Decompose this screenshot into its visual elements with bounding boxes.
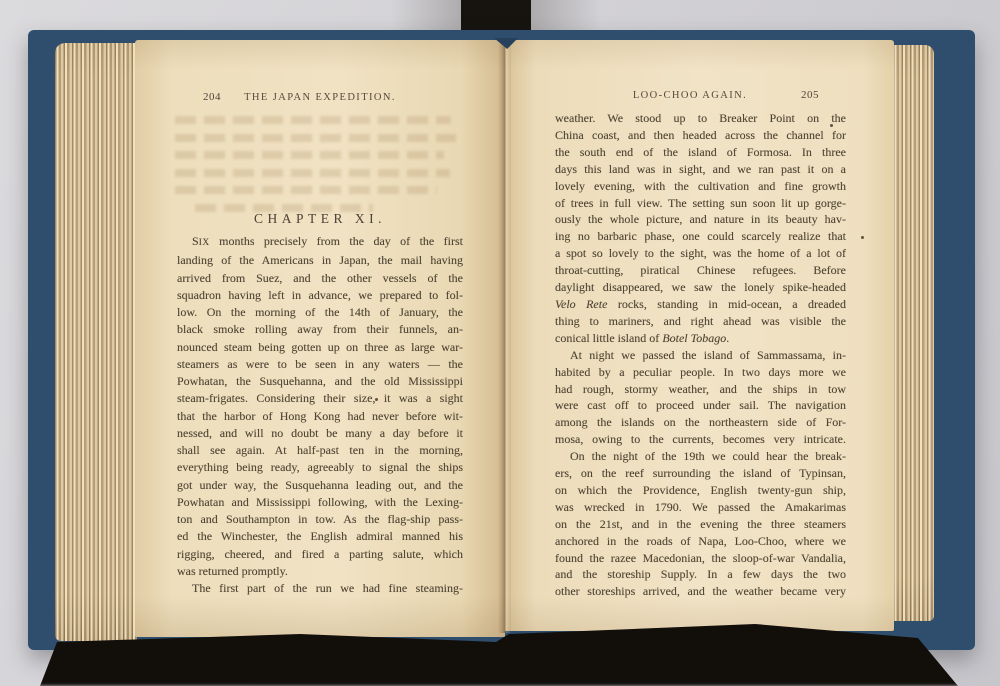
running-head-right: LOO-CHOO AGAIN. <box>555 90 825 101</box>
text-line: On the night of the 19th we could hear t… <box>555 448 846 465</box>
text-line: ously the whole picture, and nature in i… <box>555 211 846 228</box>
text-line: anchored in the roads of Napa, Loo-Choo,… <box>555 533 846 550</box>
text-line: ing no barbaric phase, one could scarcel… <box>555 228 846 245</box>
text-line: shall see again. At half-past ten in the… <box>177 442 463 459</box>
text-line: At night we passed the island of Sammass… <box>555 347 846 364</box>
text-line: The first part of the run we had fine st… <box>177 580 463 597</box>
page-edges-left <box>55 43 137 641</box>
left-page: 204 THE JAPAN EXPEDITION. CHAPTER XI. SI… <box>135 40 505 637</box>
show-through-ghost-text <box>175 116 461 221</box>
book-photograph: 204 THE JAPAN EXPEDITION. CHAPTER XI. SI… <box>0 0 1000 686</box>
chapter-heading: CHAPTER XI. <box>177 211 463 227</box>
text-line: throat-cutting, piratical Chinese refuge… <box>555 262 846 279</box>
text-line: thing to mariners, and right ahead was v… <box>555 313 846 330</box>
text-line: that the harbor of Hong Kong had never b… <box>177 408 463 425</box>
text-line: were cast off to proceed under sail. The… <box>555 397 846 414</box>
text-line: on the 21st, and in the evening the thre… <box>555 516 846 533</box>
text-line: daylight disappeared, we saw the lonely … <box>555 279 846 296</box>
text-line: ed the Winchester, the English admiral m… <box>177 528 463 545</box>
text-line: habited by a peculiar people. In two day… <box>555 364 846 381</box>
text-line: low. On the morning of the 14th of Janua… <box>177 304 463 321</box>
text-line: was returned promptly. <box>177 563 463 580</box>
text-line: Powhatan and Mississippi following, with… <box>177 494 463 511</box>
text-line: black smoke rolling away from their funn… <box>177 321 463 338</box>
text-line: lovely evening, with the cultivation and… <box>555 178 846 195</box>
text-line: among the islands on the northeastern si… <box>555 414 846 431</box>
text-line: nessed, and will no doubt be many a day … <box>177 425 463 442</box>
text-line: Powhatan, the Susquehanna, and the old M… <box>177 373 463 390</box>
paper-speck <box>830 124 833 127</box>
page-number-right: 205 <box>801 89 819 101</box>
text-line: landing of the Americans in Japan, the m… <box>177 252 463 269</box>
left-page-body-text: SIX months precisely from the day of the… <box>177 233 463 597</box>
text-line: of trees in full view. The setting sun s… <box>555 195 846 212</box>
text-line: found the razee Macedonian, the sloop-of… <box>555 550 846 567</box>
right-page: LOO-CHOO AGAIN. 205 weather. We stood up… <box>505 40 894 631</box>
text-line: weather. We stood up to Breaker Point on… <box>555 110 846 127</box>
text-line: China coast, and then headed across the … <box>555 127 846 144</box>
text-line: everything being ready, agreeably to sig… <box>177 459 463 476</box>
text-line: rigging, cheered, and fired a parting sa… <box>177 546 463 563</box>
text-line: days this land was in sight, and we ran … <box>555 161 846 178</box>
text-line: SIX months precisely from the day of the… <box>177 233 463 252</box>
text-line: conical little island of Botel Tobago. <box>555 330 846 347</box>
paper-speck <box>861 236 864 239</box>
paper-speck <box>375 398 378 401</box>
running-head-left: THE JAPAN EXPEDITION. <box>177 92 463 103</box>
text-line: on which the Providence, English twenty-… <box>555 482 846 499</box>
text-line: nounced steam being gotten up on three a… <box>177 339 463 356</box>
text-line: and the storeship Supply. In a few days … <box>555 566 846 583</box>
text-line: was wrecked in 1790. We passed the Amaka… <box>555 499 846 516</box>
text-line: ers, on the reef surrounding the island … <box>555 465 846 482</box>
text-line: got under way, the Susquehanna leading o… <box>177 477 463 494</box>
text-line: mosa, owing to the currents, becomes ver… <box>555 431 846 448</box>
text-line: squadron having left in advance, we prep… <box>177 287 463 304</box>
text-line: arrived from Suez, and the other vessels… <box>177 270 463 287</box>
text-line: Velo Rete rocks, standing in mid-ocean, … <box>555 296 846 313</box>
text-line: steamers as were to be seen in any water… <box>177 356 463 373</box>
text-line: steam-frigates. Considering their size, … <box>177 390 463 407</box>
right-page-body-text: weather. We stood up to Breaker Point on… <box>555 110 846 600</box>
gutter-shadow <box>498 40 511 633</box>
text-line: ton and Southampton in tow. As the flag-… <box>177 511 463 528</box>
page-edges-right <box>893 45 934 621</box>
text-line: the south end of the island of Formosa. … <box>555 144 846 161</box>
text-line: other storeships arrived, and the weathe… <box>555 583 846 600</box>
text-line: a spot so lovely to the sight, was the h… <box>555 245 846 262</box>
text-line: had rough, stormy weather, and the ships… <box>555 381 846 398</box>
